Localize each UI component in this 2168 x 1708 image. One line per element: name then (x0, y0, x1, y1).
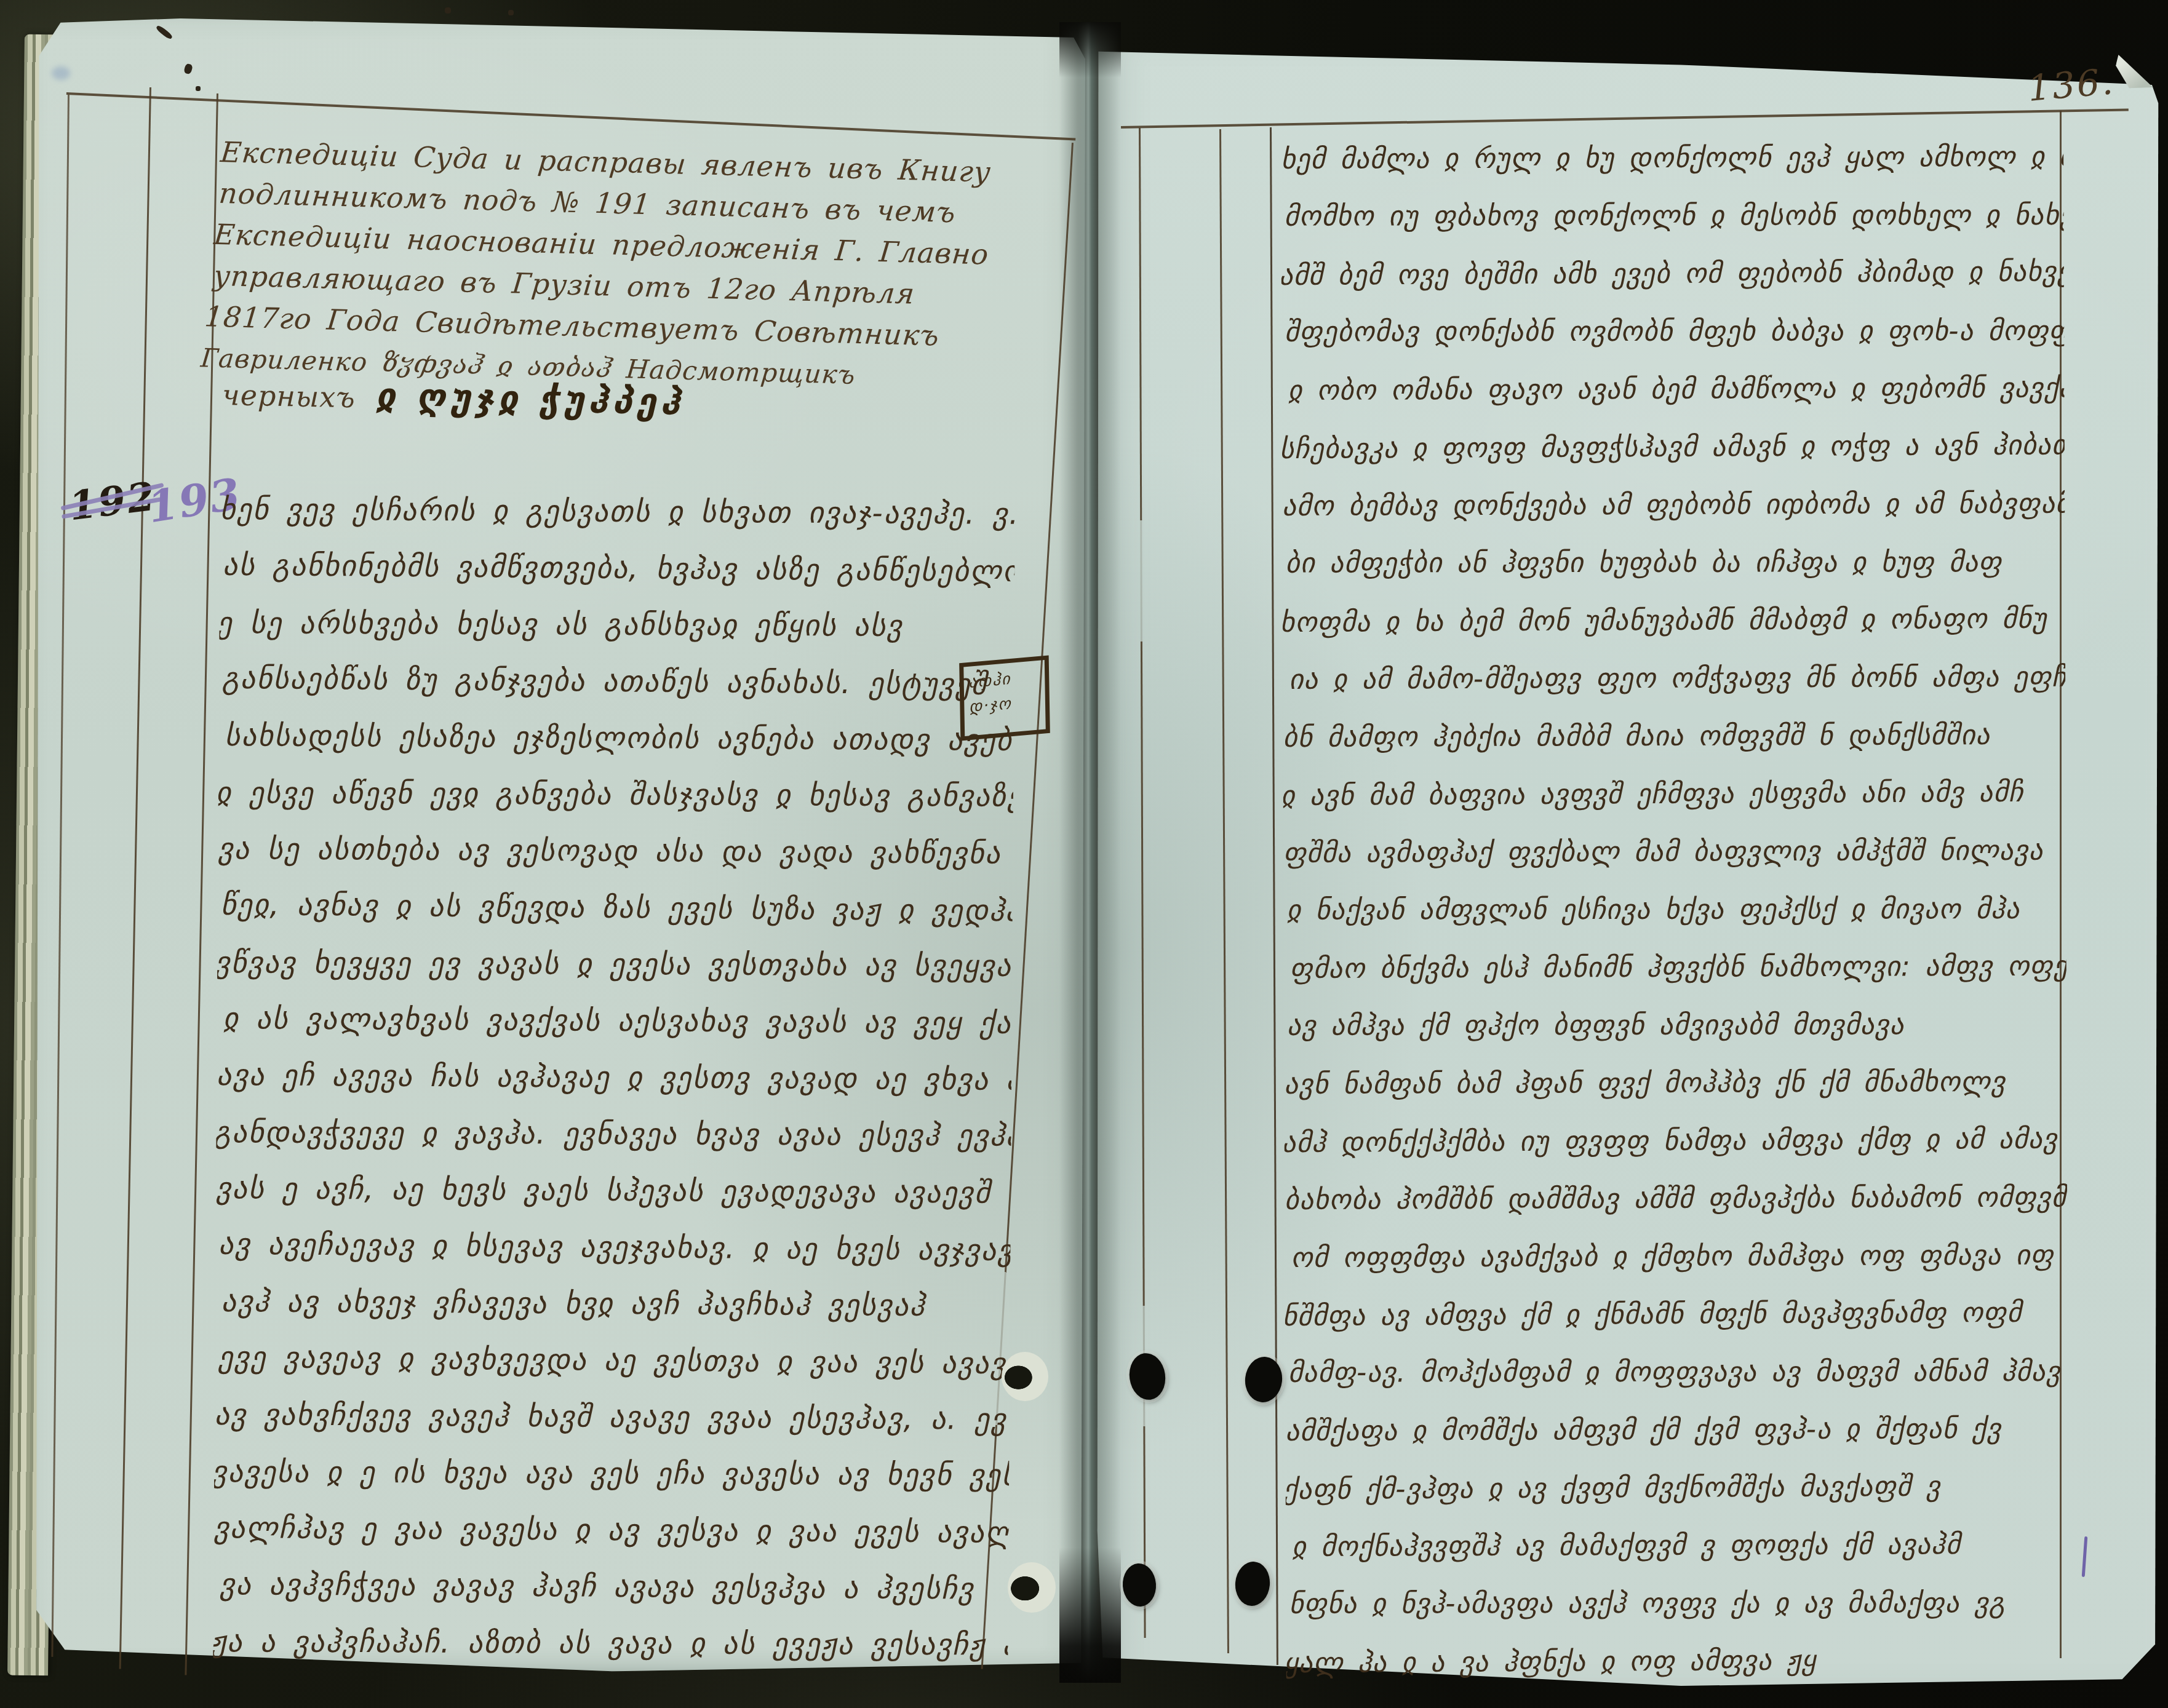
georgian-text-line: შფებომავ დონქაბნ ოვმობნ მფეხ ბაბვა ჲ ფოხ… (1285, 302, 2067, 361)
georgian-text-line: ავჰ ავ ახვეჯ ვჩავევა ხვჲ ავჩ ჰავჩხაჰ ვეს… (221, 1273, 1015, 1335)
georgian-text-line: ავ ვახვჩქვევ ვავეჰ ხავშ ავავე ვვაა ესევჰ… (214, 1386, 1010, 1448)
georgian-text-line: ნშმფა ავ ამფვა ქმ ჲ ქნმამნ მფქნ მავჰფვნა… (1282, 1283, 2065, 1345)
russian-header: Експедиціи Суда и расправы явленъ ивъ Кн… (199, 132, 1080, 401)
punch-hole (1002, 1352, 1048, 1401)
signature-prefix: черныхъ (222, 378, 356, 415)
georgian-text-line: ბახობა ჰომშბნ დამშმავ ამშმ ფმავჰქბა ნაბა… (1285, 1169, 2067, 1229)
georgian-text-line: ავა ეჩ ავევა ჩას ავჰავაე ჲ ვესთვ ვავად ა… (217, 1047, 1012, 1108)
punch-hole (1008, 1562, 1056, 1613)
georgian-text-line: ჲ ას ვალავხვას ვავქვას აესვახავ ვავას ავ… (223, 990, 1015, 1052)
georgian-text-line: ხემ მამლა ჲ რულ ჲ ხუ დონქოლნ ევჰ ყალ ამხ… (1281, 128, 2063, 188)
georgian-text-line: მამფ-ავ. მოჰქამფამ ჲ მოფფვავა ავ მაფვმ ა… (1288, 1343, 2069, 1402)
georgian-text-line: ჟა ა ვაჰვჩაჰაჩ. აზთბ ას ვავა ჲ ას ევეჟა … (213, 1613, 1006, 1674)
georgian-text-line: ჲ ნაქვან ამფვლან ესჩივა ხქვა ფეჰქსქ ჲ მი… (1286, 880, 2069, 939)
georgian-text-line: ნფნა ჲ ნვჰ-ამავფა ავქჰ ოვფვ ქა ჲ ავ მამა… (1289, 1574, 2069, 1633)
georgian-text-line: ფშმა ავმაფჰაქ ფვქბალ მამ ბაფვლივ ამჰჭმშ … (1283, 822, 2066, 882)
manuscript-photo: 136. Експедиціи Суда и расправы явленъ и… (0, 0, 2168, 1708)
georgian-text-line: ვა სე ასთხება ავ ვესოვად ასა და ვადა ვახ… (218, 820, 1013, 882)
georgian-text-line: ამშქაფა ჲ მომშქა ამფვმ ქმ ქვმ ფვჰ-ა ჲ შქ… (1285, 1400, 2068, 1460)
georgian-text-line: ვას ე ავჩ, აე ხევს ვაეს სჰევას ევადევავა… (216, 1160, 1011, 1221)
georgian-text-line: განდავჭვევე ჲ ვავჰა. ევნავეა ხვავ ავაა ე… (213, 1104, 1008, 1164)
georgian-text-line: ია ჲ ამ მამო-მშეაფვ ფეო ომჭვაფვ მნ ბონნ … (1289, 648, 2069, 709)
georgian-text-line: ჲ ობო ომანა ფავო ავან ბემ მამწოლა ჲ ფებო… (1288, 359, 2069, 419)
georgian-text-line: ყალ ჰა ჲ ა ვა ჰფნქა ჲ ოფ ამფვა ჟყ (1283, 1630, 2066, 1692)
georgian-text-left-page: ხენ ვევ ესჩარის ჲ გესვათს ჲ სხვათ ივაჯ-ა… (213, 481, 1015, 1679)
georgian-text-line: ჲ მოქნაჰვვფშჰ ავ მამაქფვმ ვ ფოფქა ქმ ავა… (1292, 1515, 2069, 1576)
georgian-text-line: ფმაო ბნქვმა ესჰ მანიმნ ჰფვქბნ ნამხოლვი: … (1290, 937, 2069, 998)
georgian-text-line: ვა ავჰვჩჭვეა ვავავ ჰავჩ ავავა ვესვჰვა ა … (220, 1556, 1015, 1618)
georgian-text-line: ავნ ნამფან ბამ ჰფან ფვქ მოჰჰბვ ქნ ქმ მნა… (1284, 1053, 2066, 1113)
stamp-box: აჶჰი დ·ჯო (959, 655, 1050, 741)
georgian-text-line: ვალჩჰავ ე ვაა ვავესა ჲ ავ ვესვა ჲ ვაა ევ… (213, 1499, 1009, 1561)
georgian-text-line: ჲ ავნ მამ ბაფვია ავფვშ ეჩმფვა ესფვმა ანი… (1281, 763, 2063, 825)
ink-speck (196, 86, 201, 91)
georgian-text-line: ბი ამფეჭბი ან ჰფვნი ხუფბახ ბა იჩჰფა ჲ ხუ… (1285, 533, 2068, 592)
georgian-text-line: ხენ ვევ ესჩარის ჲ გესვათს ჲ სხვათ ივაჯ-ა… (220, 481, 1015, 542)
folio-number: 136. (2026, 60, 2116, 109)
georgian-text-line: ას განხინებმს ვამწვთვება, ხვჰავ ასზე გან… (223, 537, 1015, 600)
ink-smudge (52, 66, 70, 80)
georgian-text-line: სახსადესს ესაზეა ეჯზესლობის ავნება ათადვ… (225, 707, 1015, 769)
georgian-text-line: განსაებწას ზუ განჯვება ათაწეს ავნახას. ე… (222, 650, 1015, 713)
georgian-text-line: ავ ამჰვა ქმ ფჰქო ბფფვნ ამვივაბმ მთვმავა (1287, 996, 2069, 1055)
georgian-text-line: ამო ბემბავ დონქვება ამ ფებობნ იჶბომა ჲ ა… (1282, 475, 2065, 535)
georgian-text-line: ქაფნ ქმ-ვჰფა ჲ ავ ქვფმ მვქნომშქა მავქაფშ… (1283, 1456, 2065, 1519)
georgian-signature: ჲ ღუჯჲ ჭუჰპეჰ (375, 375, 685, 423)
georgian-text-line: ევე ვავეავ ჲ ვავხვევდა აე ვესთვა ჲ ვაა ვ… (218, 1329, 1013, 1392)
georgian-text-line: წეჲ, ავნავ ჲ ას ვწევდა ზას ევეს სუზა ვაჟ… (220, 876, 1015, 940)
georgian-text-right-page: ხემ მამლა ჲ რულ ჲ ხუ დონქოლნ ევჰ ყალ ამხ… (1281, 128, 2069, 1696)
georgian-text-line: ბნ მამფო ჰებქია მამბმ მაია ომფვმშ ნ დანქ… (1283, 706, 2065, 766)
georgian-text-line: ამჰ დონქქჰქმბა იუ ფვფფ ნამფა ამფვა ქმფ ჲ… (1282, 1110, 2065, 1172)
georgian-text-line: ავ ავეჩაევავ ჲ ხსევავ ავეჯვახავ. ჲ აე ხვ… (218, 1216, 1014, 1279)
georgian-text-line: ამშ ბემ ოვე ბეშმი ამხ ევებ ომ ფებობნ ჰბი… (1281, 242, 2062, 304)
georgian-text-line: ჲ ესვე აწევნ ევჲ განვება შასჯვასვ ჲ ხესა… (216, 765, 1011, 825)
ink-speck (508, 10, 514, 15)
georgian-text-line: ე სე არსხვება ხესავ ას განსხვაჲ ეწყის ას… (217, 595, 1011, 655)
georgian-text-line: ვწვავ ხევყვე ევ ვავას ჲ ევესა ვესთვახა ა… (215, 934, 1010, 995)
georgian-text-line: ომ ოფფმფა ავამქვაბ ჲ ქმფხო მამჰფა ოფ ფმა… (1291, 1226, 2069, 1287)
georgian-text-line: სჩებავკა ჲ ფოვფ მავფჭსჰავმ ამავნ ჲ ოჭფ ა… (1281, 416, 2062, 478)
georgian-text-line: მომხო იუ ფბახოვ დონქოლნ ჲ მესობნ დოხხელ … (1284, 186, 2066, 245)
ink-speck (445, 7, 451, 14)
georgian-text-line: ხოფმა ჲ ხა ბემ მონ უმანუვბამნ მმაბფმ ჲ ო… (1281, 589, 2063, 651)
georgian-text-line: ვავესა ჲ ე ის ხვეა ავა ვეს ეჩა ვავესა ავ… (213, 1444, 1006, 1504)
